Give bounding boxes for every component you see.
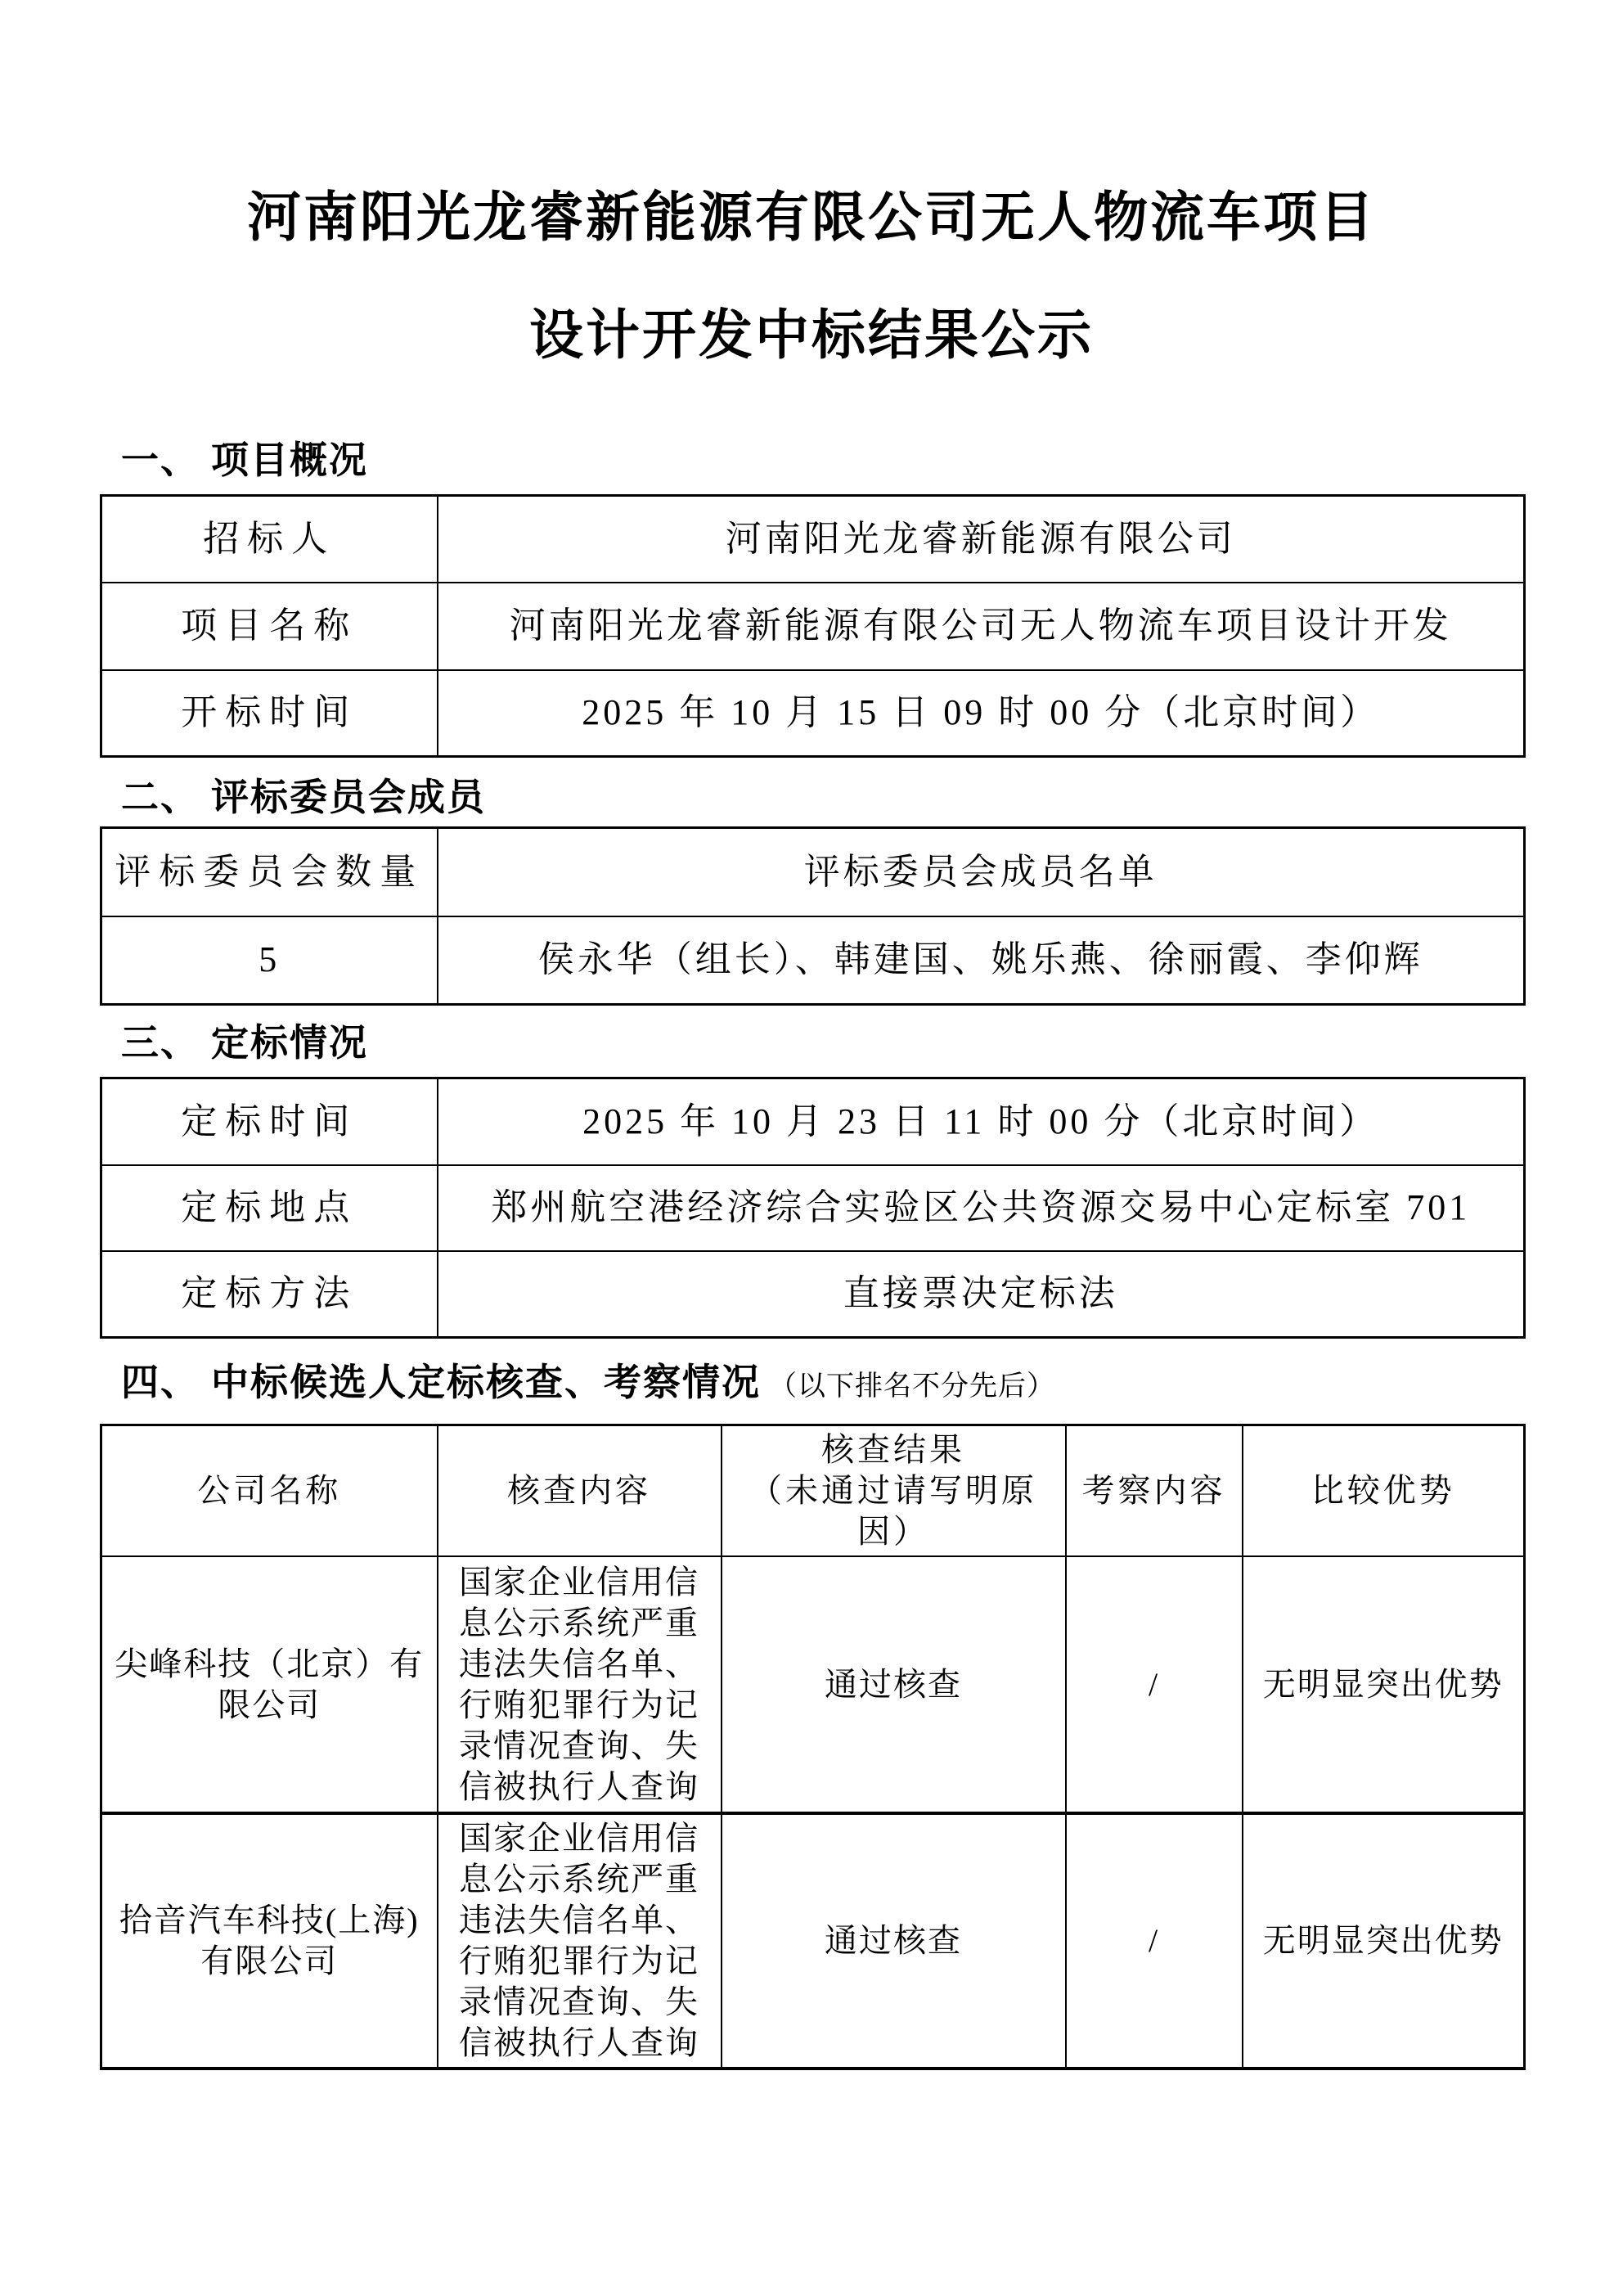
section-3-title: 定标情况 <box>211 1021 368 1064</box>
section-1-heading: 一、项目概况 <box>121 437 368 483</box>
table-row: 定标时间 2025 年 10 月 23 日 11 时 00 分（北京时间） <box>101 1078 1525 1165</box>
document-title-line2: 设计开发中标结果公示 <box>0 277 1623 395</box>
candidate-1-inspect: / <box>1066 1556 1243 1813</box>
table-row: 定标地点 郑州航空港经济综合实验区公共资源交易中心定标室 701 <box>101 1165 1525 1251</box>
candidate-verification-table: 公司名称 核查内容 核查结果 （未通过请写明原因） 考察内容 比较优势 尖峰科技… <box>100 1424 1526 2070</box>
award-decision-table: 定标时间 2025 年 10 月 23 日 11 时 00 分（北京时间） 定标… <box>100 1077 1526 1339</box>
committee-count-value: 5 <box>101 916 438 1005</box>
check-result-header-line1: 核查结果 <box>731 1429 1057 1470</box>
table-row: 招标人 河南阳光龙睿新能源有限公司 <box>101 496 1525 583</box>
committee-count-header: 评标委员会数量 <box>101 828 438 916</box>
table-row: 开标时间 2025 年 10 月 15 日 09 时 00 分（北京时间） <box>101 670 1525 757</box>
table-header-row: 评标委员会数量 评标委员会成员名单 <box>101 828 1525 916</box>
candidate-1-advantage: 无明显突出优势 <box>1243 1556 1525 1813</box>
check-result-header: 核查结果 （未通过请写明原因） <box>722 1425 1066 1557</box>
check-content-header: 核查内容 <box>438 1425 722 1557</box>
document-title-line1: 河南阳光龙睿新能源有限公司无人物流车项目 <box>0 160 1623 277</box>
section-2-title: 评标委员会成员 <box>211 776 486 818</box>
committee-members-header: 评标委员会成员名单 <box>438 828 1525 916</box>
table-row: 5 侯永华（组长）、韩建国、姚乐燕、徐丽霞、李仰辉 <box>101 916 1525 1005</box>
evaluation-committee-table: 评标委员会数量 评标委员会成员名单 5 侯永华（组长）、韩建国、姚乐燕、徐丽霞、… <box>100 826 1526 1006</box>
advantage-header: 比较优势 <box>1243 1425 1525 1557</box>
bid-opening-time-label: 开标时间 <box>101 670 438 757</box>
tenderer-value: 河南阳光龙睿新能源有限公司 <box>438 496 1525 583</box>
decision-time-label: 定标时间 <box>101 1078 438 1165</box>
candidate-row-1: 尖峰科技（北京）有限公司 国家企业信用信息公示系统严重违法失信名单、行贿犯罪行为… <box>101 1556 1525 1813</box>
candidate-1-company: 尖峰科技（北京）有限公司 <box>101 1556 438 1813</box>
decision-place-label: 定标地点 <box>101 1165 438 1251</box>
section-4-note: （以下排名不分先后） <box>769 1371 1055 1402</box>
section-3-number: 三、 <box>121 1020 200 1065</box>
check-result-header-line2: （未通过请写明原因） <box>731 1470 1057 1552</box>
bid-opening-time-value: 2025 年 10 月 15 日 09 时 00 分（北京时间） <box>438 670 1525 757</box>
candidate-2-advantage: 无明显突出优势 <box>1243 1813 1525 2069</box>
table-row: 定标方法 直接票决定标法 <box>101 1251 1525 1338</box>
project-overview-table: 招标人 河南阳光龙睿新能源有限公司 项目名称 河南阳光龙睿新能源有限公司无人物流… <box>100 494 1526 758</box>
tenderer-label: 招标人 <box>101 496 438 583</box>
section-1-number: 一、 <box>121 437 200 483</box>
table-header-row: 公司名称 核查内容 核查结果 （未通过请写明原因） 考察内容 比较优势 <box>101 1425 1525 1557</box>
section-1-title: 项目概况 <box>211 439 368 481</box>
decision-place-value: 郑州航空港经济综合实验区公共资源交易中心定标室 701 <box>438 1165 1525 1251</box>
decision-method-value: 直接票决定标法 <box>438 1251 1525 1338</box>
candidate-2-check-result: 通过核查 <box>722 1813 1066 2069</box>
candidate-1-check-content: 国家企业信用信息公示系统严重违法失信名单、行贿犯罪行为记录情况查询、失信被执行人… <box>438 1556 722 1813</box>
table-row: 项目名称 河南阳光龙睿新能源有限公司无人物流车项目设计开发 <box>101 583 1525 670</box>
section-2-heading: 二、评标委员会成员 <box>121 774 486 820</box>
section-4-title: 中标候选人定标核查、考察情况 <box>211 1361 761 1403</box>
company-name-header: 公司名称 <box>101 1425 438 1557</box>
committee-members-value: 侯永华（组长）、韩建国、姚乐燕、徐丽霞、李仰辉 <box>438 916 1525 1005</box>
section-4-number: 四、 <box>121 1359 200 1405</box>
candidate-2-check-content: 国家企业信用信息公示系统严重违法失信名单、行贿犯罪行为记录情况查询、失信被执行人… <box>438 1813 722 2069</box>
decision-method-label: 定标方法 <box>101 1251 438 1338</box>
decision-time-value: 2025 年 10 月 23 日 11 时 00 分（北京时间） <box>438 1078 1525 1165</box>
candidate-1-check-result: 通过核查 <box>722 1556 1066 1813</box>
inspect-content-header: 考察内容 <box>1066 1425 1243 1557</box>
document-title: 河南阳光龙睿新能源有限公司无人物流车项目 设计开发中标结果公示 <box>0 160 1623 395</box>
candidate-row-2: 拾音汽车科技(上海)有限公司 国家企业信用信息公示系统严重违法失信名单、行贿犯罪… <box>101 1813 1525 2069</box>
candidate-2-inspect: / <box>1066 1813 1243 2069</box>
section-2-number: 二、 <box>121 774 200 820</box>
page: { "document": { "title_line1": "河南阳光龙睿新能… <box>0 0 1623 2296</box>
section-3-heading: 三、定标情况 <box>121 1020 368 1065</box>
project-name-label: 项目名称 <box>101 583 438 670</box>
project-name-value: 河南阳光龙睿新能源有限公司无人物流车项目设计开发 <box>438 583 1525 670</box>
candidate-2-company: 拾音汽车科技(上海)有限公司 <box>101 1813 438 2069</box>
section-4-heading: 四、中标候选人定标核查、考察情况（以下排名不分先后） <box>121 1359 1055 1410</box>
